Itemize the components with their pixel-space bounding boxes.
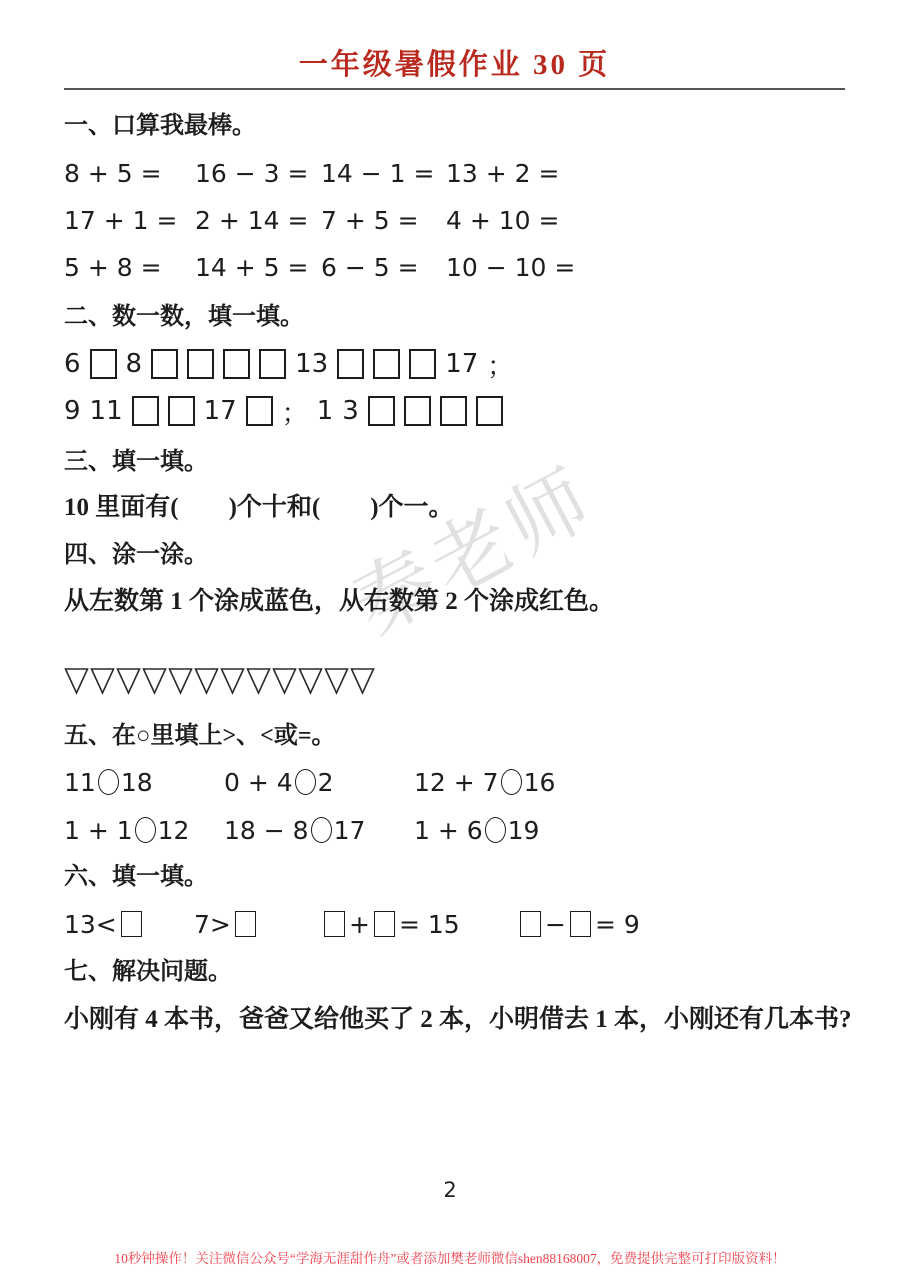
fill-box [404,396,431,426]
math-token: 18 [121,768,153,797]
math-token: 17 [204,396,237,426]
fill-in-sentence: 10 里面有( )个十和( )个一。 [64,493,845,523]
math-token: 7> [194,910,231,939]
math-token: 17 [445,349,478,379]
fill-box [373,349,400,379]
compare-problem: 18 − 817 [224,816,414,845]
fill-box-problem: += 15 [324,910,520,939]
fill-box [168,396,195,426]
triangle-icon [272,667,297,695]
math-problem: 14 + 5 = [195,253,321,283]
math-problem: 2 + 14 = [195,206,321,236]
math-token: 2 [318,768,334,797]
math-token: 12 [158,816,190,845]
triangle-icon [90,667,115,695]
compare-row-1: 1118 0 + 42 12 + 716 [64,767,845,797]
math-problem: 5 + 8 = [64,253,195,283]
triangle-icon [324,667,349,695]
fill-box [368,396,395,426]
fill-box-row: 13< 7> += 15 −= 9 [64,909,845,939]
section-7-heading: 七、解决问题。 [64,957,845,987]
fill-box [520,911,541,937]
fill-box [246,396,273,426]
fill-box [374,911,395,937]
footer-promo-text: 10秒钟操作！关注微信公众号“学海无涯甜作舟”或者添加樊老师微信shen8816… [0,1247,900,1267]
fill-box [187,349,214,379]
fill-box [570,911,591,937]
math-token: ； [487,346,513,383]
math-token: 1 + 6 [414,816,483,845]
page-title: 一年级暑假作业 30 页 [64,46,845,84]
fill-box [337,349,364,379]
section-3-heading: 三、填一填。 [64,447,845,477]
fill-box [476,396,503,426]
math-problem: 6 − 5 = [321,253,446,283]
triangle-icon [142,667,167,695]
math-token: 13< [64,910,117,939]
math-token: 12 + 7 [414,768,499,797]
triangle-icon [64,667,89,695]
math-token: 9 [64,396,81,426]
section-5-heading: 五、在○里填上>、<或=。 [64,721,845,751]
coloring-instruction: 从左数第 1 个涂成蓝色，从右数第 2 个涂成红色。 [64,587,845,617]
fill-box [324,911,345,937]
triangle-icon [168,667,193,695]
fill-box [409,349,436,379]
section-6-heading: 六、填一填。 [64,862,845,892]
compare-circle [98,769,119,795]
fill-box-problem: 7> [194,910,324,939]
fill-box [90,349,117,379]
triangle-icon [220,667,245,695]
math-token: 17 [334,816,366,845]
math-token: 18 − 8 [224,816,309,845]
section-2-heading: 二、数一数，填一填。 [64,302,845,332]
fill-box [235,911,256,937]
compare-circle [135,817,156,843]
compare-problem: 1 + 619 [414,816,845,845]
math-token: ； [282,393,308,430]
math-problem: 14 − 1 = [321,159,446,189]
math-token: 3 [342,396,359,426]
worksheet-content: 一年级暑假作业 30 页 一、口算我最棒。 8 + 5 = 16 − 3 = 1… [64,46,845,1035]
math-token: = 9 [595,910,640,939]
fill-box [259,349,286,379]
compare-circle [295,769,316,795]
math-token: 1 [317,396,334,426]
triangle-icon [298,667,323,695]
compare-problem: 0 + 42 [224,768,414,797]
math-problem: 8 + 5 = [64,159,195,189]
math-problem: 16 − 3 = [195,159,321,189]
fill-box [121,911,142,937]
fill-box [151,349,178,379]
compare-problem: 12 + 716 [414,768,845,797]
compare-problem: 1118 [64,768,224,797]
math-token: 16 [524,768,556,797]
page-number: 2 [0,1178,900,1202]
triangle-icon [350,667,375,695]
compare-circle [485,817,506,843]
fill-box [440,396,467,426]
math-token: − [545,910,566,939]
fill-box [223,349,250,379]
compare-circle [501,769,522,795]
math-token: 6 [64,349,81,379]
fill-box-problem: 13< [64,910,194,939]
oral-math-row-3: 5 + 8 = 14 + 5 = 6 − 5 = 10 − 10 = [64,253,845,283]
math-problem: 7 + 5 = [321,206,446,236]
word-problem: 小刚有 4 本书，爸爸又给他买了 2 本，小明借去 1 本，小刚还有几本书? [64,1005,845,1035]
fill-box [132,396,159,426]
oral-math-row-1: 8 + 5 = 16 − 3 = 14 − 1 = 13 + 2 = [64,159,845,189]
triangle-icon [246,667,271,695]
number-sequence-1: 681317； [64,348,845,380]
math-problem: 10 − 10 = [446,253,845,283]
math-token: + [349,910,370,939]
math-token: 1 + 1 [64,816,133,845]
math-token: = 15 [399,910,460,939]
math-token: 13 [295,349,328,379]
math-token: 8 [126,349,143,379]
header-divider [64,88,845,90]
triangle-icon [116,667,141,695]
triangle-row [64,667,845,695]
fill-box-problem: −= 9 [520,910,845,939]
number-sequence-2: 91117；13 [64,395,845,427]
math-problem: 17 + 1 = [64,206,195,236]
compare-circle [311,817,332,843]
oral-math-row-2: 17 + 1 = 2 + 14 = 7 + 5 = 4 + 10 = [64,206,845,236]
math-token: 19 [508,816,540,845]
math-token: 0 + 4 [224,768,293,797]
triangle-icon [194,667,219,695]
compare-row-2: 1 + 112 18 − 817 1 + 619 [64,815,845,845]
math-problem: 13 + 2 = [446,159,845,189]
compare-problem: 1 + 112 [64,816,224,845]
math-problem: 4 + 10 = [446,206,845,236]
math-token: 11 [90,396,123,426]
section-4-heading: 四、涂一涂。 [64,540,845,570]
math-token: 11 [64,768,96,797]
worksheet-page: 秦老师 一年级暑假作业 30 页 一、口算我最棒。 8 + 5 = 16 − 3… [0,0,900,1273]
section-1-heading: 一、口算我最棒。 [64,111,845,141]
